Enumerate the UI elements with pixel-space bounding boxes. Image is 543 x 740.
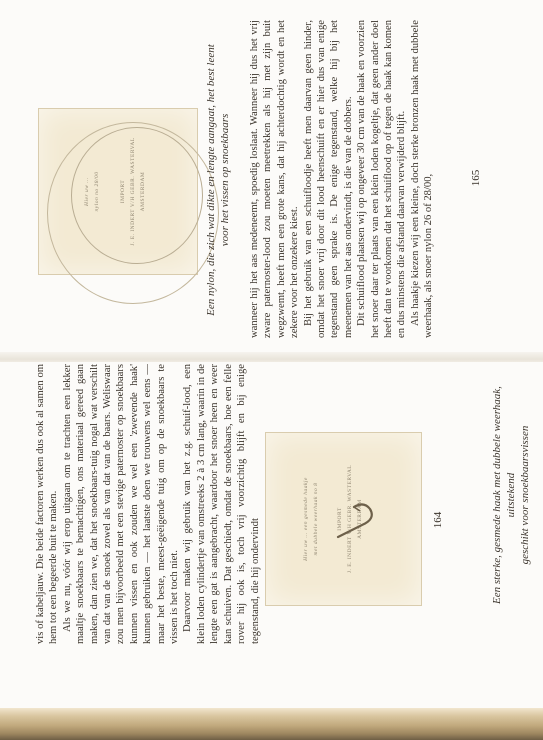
figure-caption: Een sterke, gesmede haak met dubbele wee…	[490, 370, 532, 620]
page-164-content: vis of kabeljauw. Die beide factoren wer…	[0, 362, 543, 740]
paragraph: Als haakje kiezen wij een kleine, doch s…	[409, 20, 436, 338]
label-line2: nylon no 28/00	[93, 109, 101, 274]
paragraph: Daarvoor maken wij gebruik van het z.g. …	[181, 364, 261, 644]
nylon-label-figure: Hier uw ... nylon no 28/00 IMPORT J. E. …	[38, 108, 198, 275]
fish-hook-icon	[332, 495, 382, 545]
hook-label-figure: Hier uw ... een gesmede haakje met dubbe…	[265, 432, 422, 606]
page-164: vis of kabeljauw. Die beide factoren wer…	[0, 362, 543, 740]
book-page-edge	[0, 708, 543, 740]
page-165: Hier uw ... nylon no 28/00 IMPORT J. E. …	[0, 0, 543, 358]
label-line2: met dubbele weerhaak no 8	[312, 433, 320, 605]
paragraph: Als we nu, vóór wij erop uitgaan om te t…	[61, 364, 182, 644]
body-text: vis of kabeljauw. Die beide factoren wer…	[34, 364, 262, 644]
paragraph: Dit schuiflood plaatsen wij op ongeveer …	[355, 20, 409, 338]
caption-line-2: geschikt voor snoekbaarsvissen	[518, 370, 532, 620]
label-line1: Hier uw ... een gesmede haakje	[302, 433, 310, 605]
caption-line-1: Een sterke, gesmede haak met dubbele wee…	[490, 370, 518, 620]
page-number: 165	[470, 158, 482, 198]
label-line1: Hier uw ...	[83, 109, 91, 274]
label-company: J. E. INDERT V/H GEBR. WASTERVAL	[129, 109, 137, 274]
paragraph: wanneer hij het aas medeneemt, spoedig l…	[248, 20, 302, 338]
caption-line-2: voor het vissen op snoekbaars	[218, 20, 232, 340]
label-city: AMSTERDAM	[139, 109, 147, 274]
page-number: 164	[432, 500, 444, 540]
book-spread: Hier uw ... nylon no 28/00 IMPORT J. E. …	[0, 0, 543, 740]
body-text: wanneer hij het aas medeneemt, spoedig l…	[248, 20, 436, 338]
figure-caption: Een nylon, die zich wat dikte en lengte …	[204, 20, 232, 340]
caption-line-1: Een nylon, die zich wat dikte en lengte …	[204, 20, 218, 340]
paragraph: Bij het gebruik van een schuifloodje hee…	[302, 20, 356, 338]
paragraph: vis of kabeljauw. Die beide factoren wer…	[34, 364, 61, 644]
label-import: IMPORT	[119, 109, 127, 274]
page-165-content: Hier uw ... nylon no 28/00 IMPORT J. E. …	[0, 0, 543, 358]
